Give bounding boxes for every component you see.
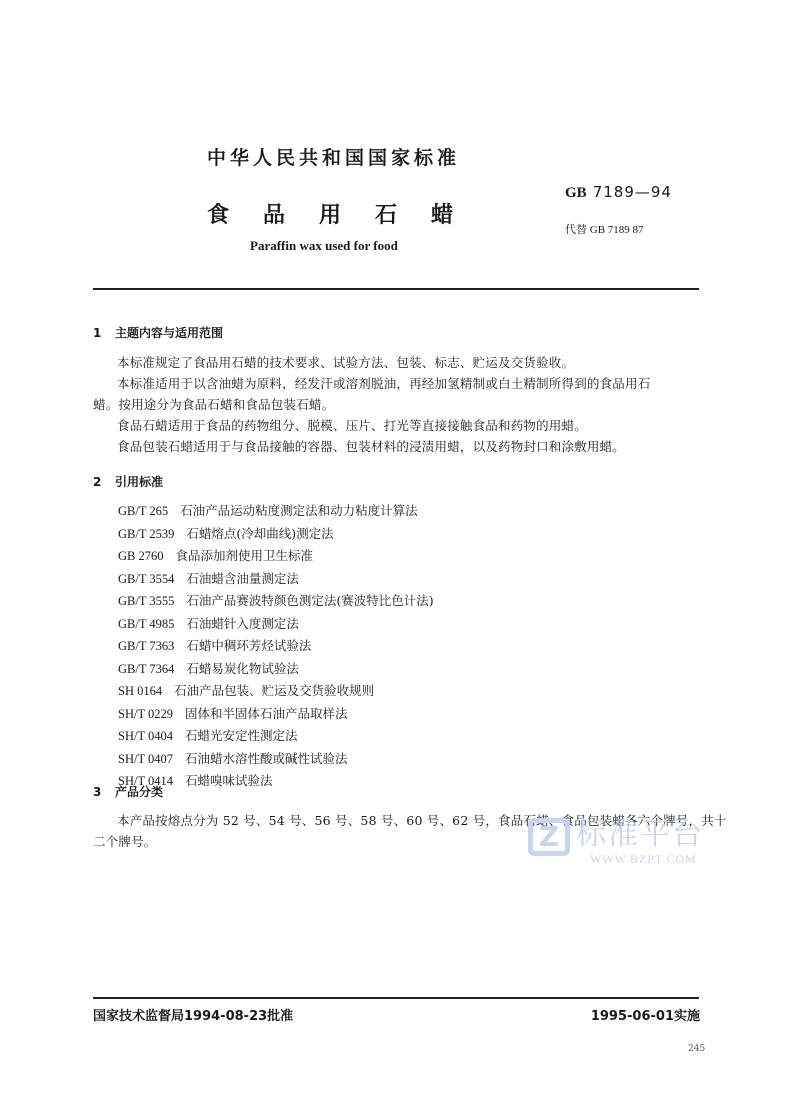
section-2-heading: 2引用标准 xyxy=(93,473,163,490)
reference-title: 石油产品运动粘度测定法和动力粘度计算法 xyxy=(180,503,418,518)
paragraph: 本标准适用于以含油蜡为原料，经发汗或溶剂脱油，再经加氢精制或白土精制所得到的食品… xyxy=(93,373,650,394)
paragraph-continuation: 蜡。按用途分为食品石蜡和食品包装石蜡。 xyxy=(93,394,650,415)
section-1-body: 本标准规定了食品用石蜡的技术要求、试验方法、包装、标志、贮运及交货验收。 本标准… xyxy=(93,352,650,457)
reference-title: 食品添加剂使用卫生标准 xyxy=(176,548,314,563)
reference-code: SH/T 0229 xyxy=(118,704,173,726)
reference-title: 石油蜡含油量测定法 xyxy=(186,571,299,586)
paragraph: 食品包装石蜡适用于与食品接触的容器、包装材料的浸渍用蜡，以及药物封口和涂敷用蜡。 xyxy=(93,436,650,457)
reference-item: SH/T 0414石蜡嗅味试验法 xyxy=(118,770,434,793)
section-3-heading: 3产品分类 xyxy=(93,783,163,800)
reference-code: GB/T 3554 xyxy=(118,569,174,591)
reference-code: GB/T 7363 xyxy=(118,636,174,658)
reference-item: SH/T 0407石油蜡水溶性酸或碱性试验法 xyxy=(118,748,434,771)
section-1-heading: 1主题内容与适用范围 xyxy=(93,324,223,341)
paragraph: 食品石蜡适用于食品的药物组分、脱模、压片、打光等直接接触食品和药物的用蜡。 xyxy=(93,415,650,436)
reference-item: GB/T 3554石油蜡含油量测定法 xyxy=(118,568,434,591)
reference-item: GB/T 2539石蜡熔点(冷却曲线)测定法 xyxy=(118,523,434,546)
reference-item: SH/T 0229固体和半固体石油产品取样法 xyxy=(118,703,434,726)
watermark-logo-icon: Z xyxy=(528,818,570,856)
reference-title: 石油蜡水溶性酸或碱性试验法 xyxy=(185,751,348,766)
reference-item: GB/T 7363石蜡中稠环芳烃试验法 xyxy=(118,635,434,658)
reference-title: 石蜡熔点(冷却曲线)测定法 xyxy=(186,526,333,541)
page-number: 245 xyxy=(688,1044,705,1054)
reference-item: SH/T 0404石蜡光安定性测定法 xyxy=(118,725,434,748)
reference-item: SH 0164石油产品包装、贮运及交货验收规则 xyxy=(118,680,434,703)
paragraph: 本标准规定了食品用石蜡的技术要求、试验方法、包装、标志、贮运及交货验收。 xyxy=(93,352,650,373)
watermark: Z标准平台 WWW.BZPT.COM xyxy=(528,818,704,856)
section-number: 2 xyxy=(93,475,115,489)
reference-title: 石油产品赛波特颜色测定法(赛波特比色计法) xyxy=(186,593,433,608)
reference-code: SH 0164 xyxy=(118,681,162,703)
effective-date: 1995-06-01实施 xyxy=(591,1005,700,1024)
section-number: 1 xyxy=(93,326,115,340)
section-title: 引用标准 xyxy=(115,475,163,489)
reference-item: GB/T 4985石油蜡针入度测定法 xyxy=(118,613,434,636)
reference-title: 固体和半固体石油产品取样法 xyxy=(185,706,348,721)
reference-title: 石油蜡针入度测定法 xyxy=(186,616,299,631)
reference-code: GB/T 265 xyxy=(118,501,168,523)
reference-item: GB/T 7364石蜡易炭化物试验法 xyxy=(118,658,434,681)
document-title-cn: 食品用石蜡 xyxy=(207,198,487,229)
reference-title: 石蜡光安定性测定法 xyxy=(185,728,298,743)
reference-code: GB 2760 xyxy=(118,546,164,568)
watermark-url: WWW.BZPT.COM xyxy=(590,852,697,867)
section-number: 3 xyxy=(93,785,115,799)
section-title: 产品分类 xyxy=(115,785,163,799)
watermark-text: 标准平台 xyxy=(576,818,704,852)
national-standard-heading: 中华人民共和国国家标准 xyxy=(207,143,460,170)
standard-prefix: GB xyxy=(565,185,587,201)
reference-title: 石蜡嗅味试验法 xyxy=(185,773,273,788)
reference-code: GB/T 3555 xyxy=(118,591,174,613)
reference-title: 石油产品包装、贮运及交货验收规则 xyxy=(174,683,374,698)
document-title-en: Paraffin wax used for food xyxy=(250,238,398,254)
footer-divider xyxy=(93,997,699,999)
section-title: 主题内容与适用范围 xyxy=(115,326,223,340)
reference-item: GB/T 3555石油产品赛波特颜色测定法(赛波特比色计法) xyxy=(118,590,434,613)
reference-item: GB 2760食品添加剂使用卫生标准 xyxy=(118,545,434,568)
reference-code: SH/T 0404 xyxy=(118,726,173,748)
reference-list: GB/T 265石油产品运动粘度测定法和动力粘度计算法 GB/T 2539石蜡熔… xyxy=(118,500,434,793)
standard-code: 7189—94 xyxy=(593,183,672,201)
reference-code: GB/T 2539 xyxy=(118,524,174,546)
standard-number: GB7189—94 xyxy=(565,183,672,202)
header-divider xyxy=(93,288,699,290)
reference-title: 石蜡易炭化物试验法 xyxy=(186,661,299,676)
replaces-standard: 代替 GB 7189 87 xyxy=(565,221,644,237)
approval-date: 国家技术监督局1994-08-23批准 xyxy=(93,1005,293,1024)
reference-title: 石蜡中稠环芳烃试验法 xyxy=(186,638,311,653)
reference-code: GB/T 4985 xyxy=(118,614,174,636)
reference-code: GB/T 7364 xyxy=(118,659,174,681)
reference-code: SH/T 0407 xyxy=(118,749,173,771)
reference-item: GB/T 265石油产品运动粘度测定法和动力粘度计算法 xyxy=(118,500,434,523)
